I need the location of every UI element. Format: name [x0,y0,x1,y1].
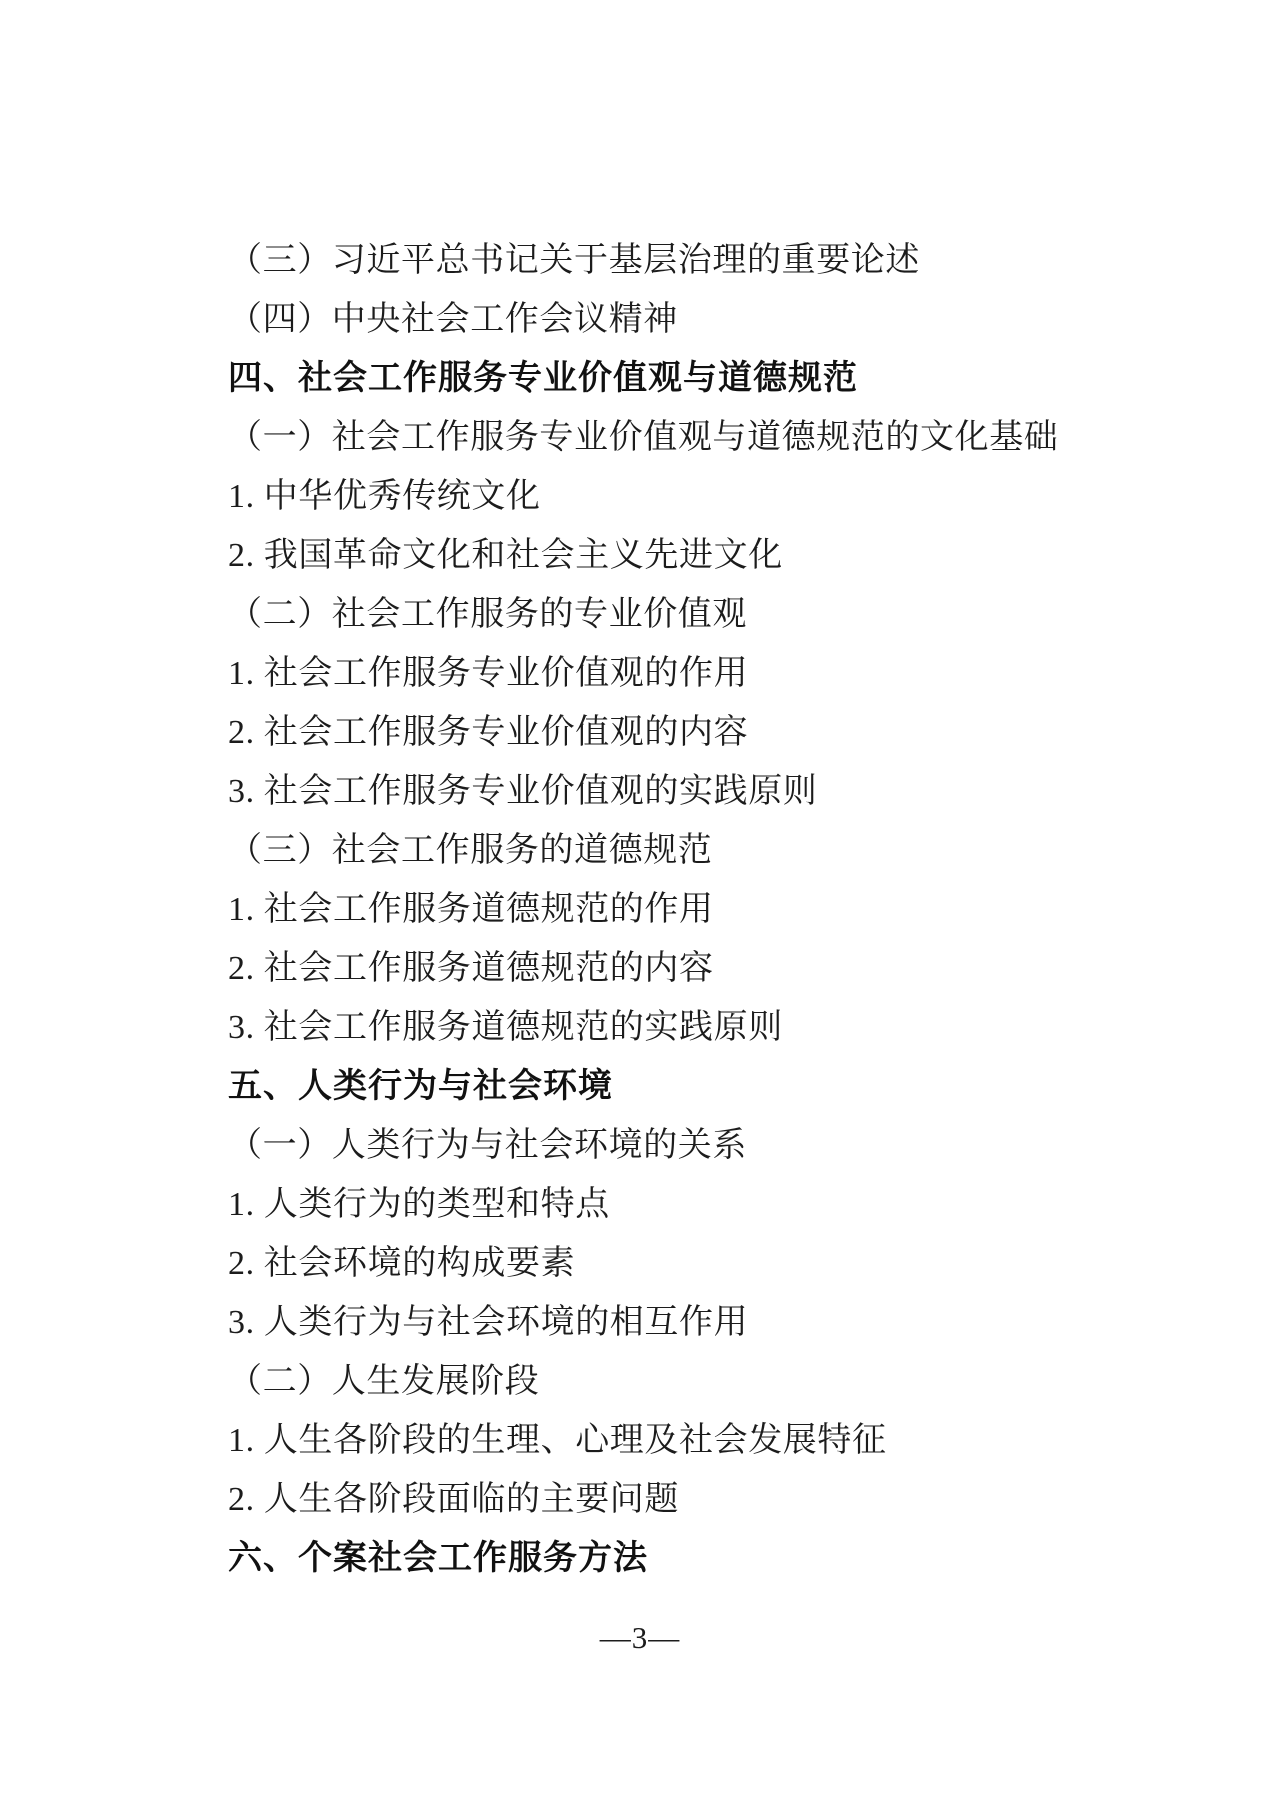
outline-section-heading: 五、人类行为与社会环境 [228,1057,1190,1116]
outline-item: 3. 人类行为与社会环境的相互作用 [228,1293,1190,1352]
outline-subsection-title: （四）中央社会工作会议精神 [228,290,1190,349]
outline-item: 2. 社会工作服务专业价值观的内容 [228,703,1190,762]
outline-content: （三）习近平总书记关于基层治理的重要论述（四）中央社会工作会议精神四、社会工作服… [228,231,1190,1588]
outline-item: 3. 社会工作服务道德规范的实践原则 [228,998,1190,1057]
outline-item: 1. 社会工作服务道德规范的作用 [228,880,1190,939]
outline-item: 3. 社会工作服务专业价值观的实践原则 [228,762,1190,821]
outline-section-heading: 四、社会工作服务专业价值观与道德规范 [228,349,1190,408]
outline-item: 1. 社会工作服务专业价值观的作用 [228,644,1190,703]
outline-item: 2. 人生各阶段面临的主要问题 [228,1470,1190,1529]
outline-item: 1. 中华优秀传统文化 [228,467,1190,526]
outline-subsection-title: （三）习近平总书记关于基层治理的重要论述 [228,231,1190,290]
outline-section-heading: 六、个案社会工作服务方法 [228,1529,1190,1588]
outline-item: 1. 人生各阶段的生理、心理及社会发展特征 [228,1411,1190,1470]
outline-item: 1. 人类行为的类型和特点 [228,1175,1190,1234]
outline-subsection-title: （三）社会工作服务的道德规范 [228,821,1190,880]
document-page: （三）习近平总书记关于基层治理的重要论述（四）中央社会工作会议精神四、社会工作服… [0,0,1280,1810]
outline-item: 2. 社会工作服务道德规范的内容 [228,939,1190,998]
outline-subsection-title: （一）社会工作服务专业价值观与道德规范的文化基础 [228,408,1190,467]
outline-item: 2. 我国革命文化和社会主义先进文化 [228,526,1190,585]
page-number: —3— [0,1618,1280,1658]
outline-item: 2. 社会环境的构成要素 [228,1234,1190,1293]
outline-subsection-title: （一）人类行为与社会环境的关系 [228,1116,1190,1175]
outline-subsection-title: （二）社会工作服务的专业价值观 [228,585,1190,644]
outline-subsection-title: （二）人生发展阶段 [228,1352,1190,1411]
